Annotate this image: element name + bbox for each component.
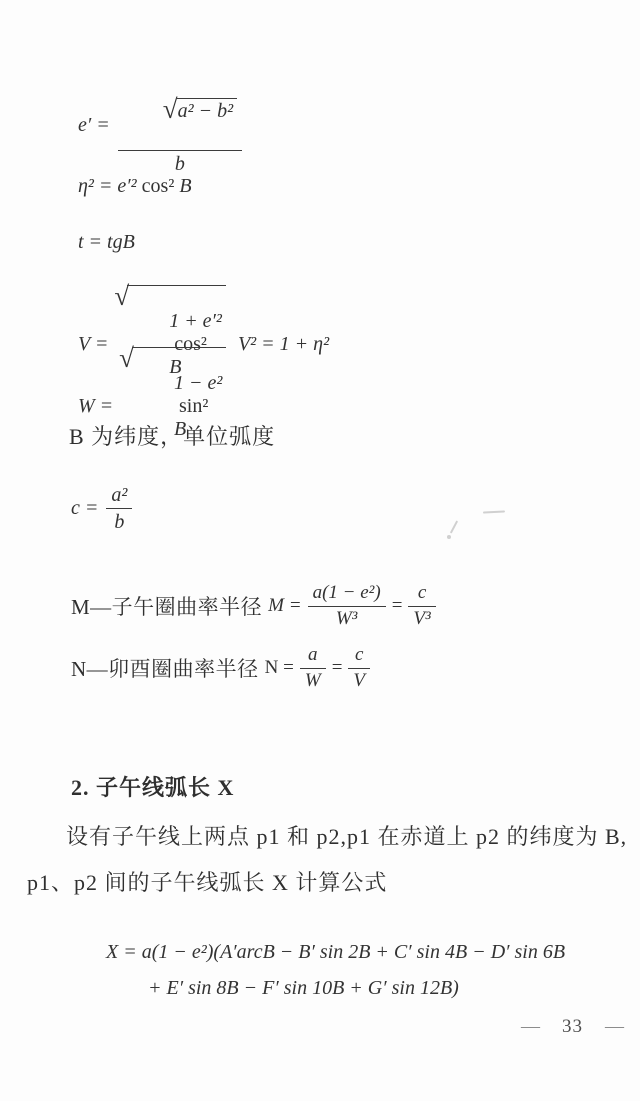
equals-sign: = xyxy=(332,657,343,679)
formula-eta-squared: η² = e′² cos² B xyxy=(78,175,192,198)
fraction-denominator: b xyxy=(106,508,132,534)
scan-smudge-2 xyxy=(450,520,458,533)
cos-function: cos² xyxy=(142,175,175,198)
equals-sign: = xyxy=(392,595,403,617)
latitude-note: B 为纬度，单位弧度 xyxy=(69,420,275,451)
scan-smudge-3 xyxy=(447,535,451,539)
fraction-numerator: a(1 − e²) xyxy=(308,582,386,606)
prime-vertical-radius-line: N—卯酉圈曲率半径 N = a W = c V xyxy=(71,644,370,693)
fraction-numerator: a xyxy=(303,644,323,668)
paragraph-line-2: p1、p2 间的子午线弧长 X 计算公式 xyxy=(27,866,387,897)
formula-argument: B xyxy=(179,175,191,198)
formula-lhs: W = xyxy=(78,395,113,418)
fraction: a(1 − e²) W³ xyxy=(308,582,386,631)
scan-smudge-1 xyxy=(483,510,505,513)
fraction-numerator: c xyxy=(350,644,368,668)
fraction: √ a² − b² b xyxy=(118,74,242,176)
sqrt-icon: √ xyxy=(163,98,177,120)
sin-function: sin² xyxy=(179,395,208,417)
fraction-numerator: c xyxy=(413,582,431,606)
prime-vertical-radius-label: N—卯酉圈曲率半径 xyxy=(71,653,259,683)
fraction: a W xyxy=(300,644,326,693)
section-heading: 2. 子午线弧长 X xyxy=(71,771,234,802)
page-number: 33 xyxy=(562,1016,583,1038)
fraction-denominator: b xyxy=(118,150,242,176)
fraction-denominator: W xyxy=(300,668,326,693)
sqrt-icon: √ xyxy=(114,285,128,307)
radicand-prefix: 1 − e² xyxy=(174,372,222,394)
formula-lhs: e′ = xyxy=(78,114,110,137)
paragraph-line-1: 设有子午线上两点 p1 和 p2,p1 在赤道上 p2 的纬度为 B, xyxy=(66,820,627,851)
sqrt-argument: a² − b² xyxy=(176,98,238,125)
fraction-numerator: a² xyxy=(106,483,132,508)
arc-length-formula-line-2: + E′ sin 8B − F′ sin 10B + G′ sin 12B) xyxy=(148,977,459,1000)
radicand-prefix: 1 + e′² xyxy=(169,310,222,332)
formula-second-eccentricity: e′ = √ a² − b² b xyxy=(78,74,242,176)
footer-dash-right: — xyxy=(605,1016,624,1038)
fraction-numerator: √ a² − b² xyxy=(118,74,242,150)
formula-c-constant: c = a² b xyxy=(71,483,132,534)
page-footer: — 33 — xyxy=(521,1016,624,1038)
sqrt-icon: √ xyxy=(119,347,133,369)
formula-lhs: η² = e′² xyxy=(78,175,137,198)
formula-lhs: c = xyxy=(71,497,98,520)
fraction: c V³ xyxy=(408,582,435,631)
formula-t-tangent: t = tgB xyxy=(78,231,135,254)
fraction-denominator: W³ xyxy=(308,606,386,631)
arc-length-formula-line-1: X = a(1 − e²)(A′arcB − B′ sin 2B + C′ si… xyxy=(106,941,565,964)
fraction-denominator: V³ xyxy=(408,606,435,631)
fraction: c V xyxy=(348,644,370,693)
footer-dash-left: — xyxy=(521,1016,540,1038)
fraction-denominator: V xyxy=(348,668,370,693)
formula-lhs: N = xyxy=(265,657,294,679)
sqrt-radical: √ a² − b² xyxy=(163,98,237,125)
formula-text: t = tgB xyxy=(78,231,135,254)
meridian-radius-line: M—子午圈曲率半径 M = a(1 − e²) W³ = c V³ xyxy=(71,582,436,631)
formula-lhs: M = xyxy=(268,595,301,617)
formula-rhs: V² = 1 + η² xyxy=(238,333,329,356)
fraction: a² b xyxy=(106,483,132,534)
meridian-radius-label: M—子午圈曲率半径 xyxy=(71,591,262,621)
scanned-book-page: e′ = √ a² − b² b η² = e′² cos² B t = tgB… xyxy=(0,0,640,1101)
